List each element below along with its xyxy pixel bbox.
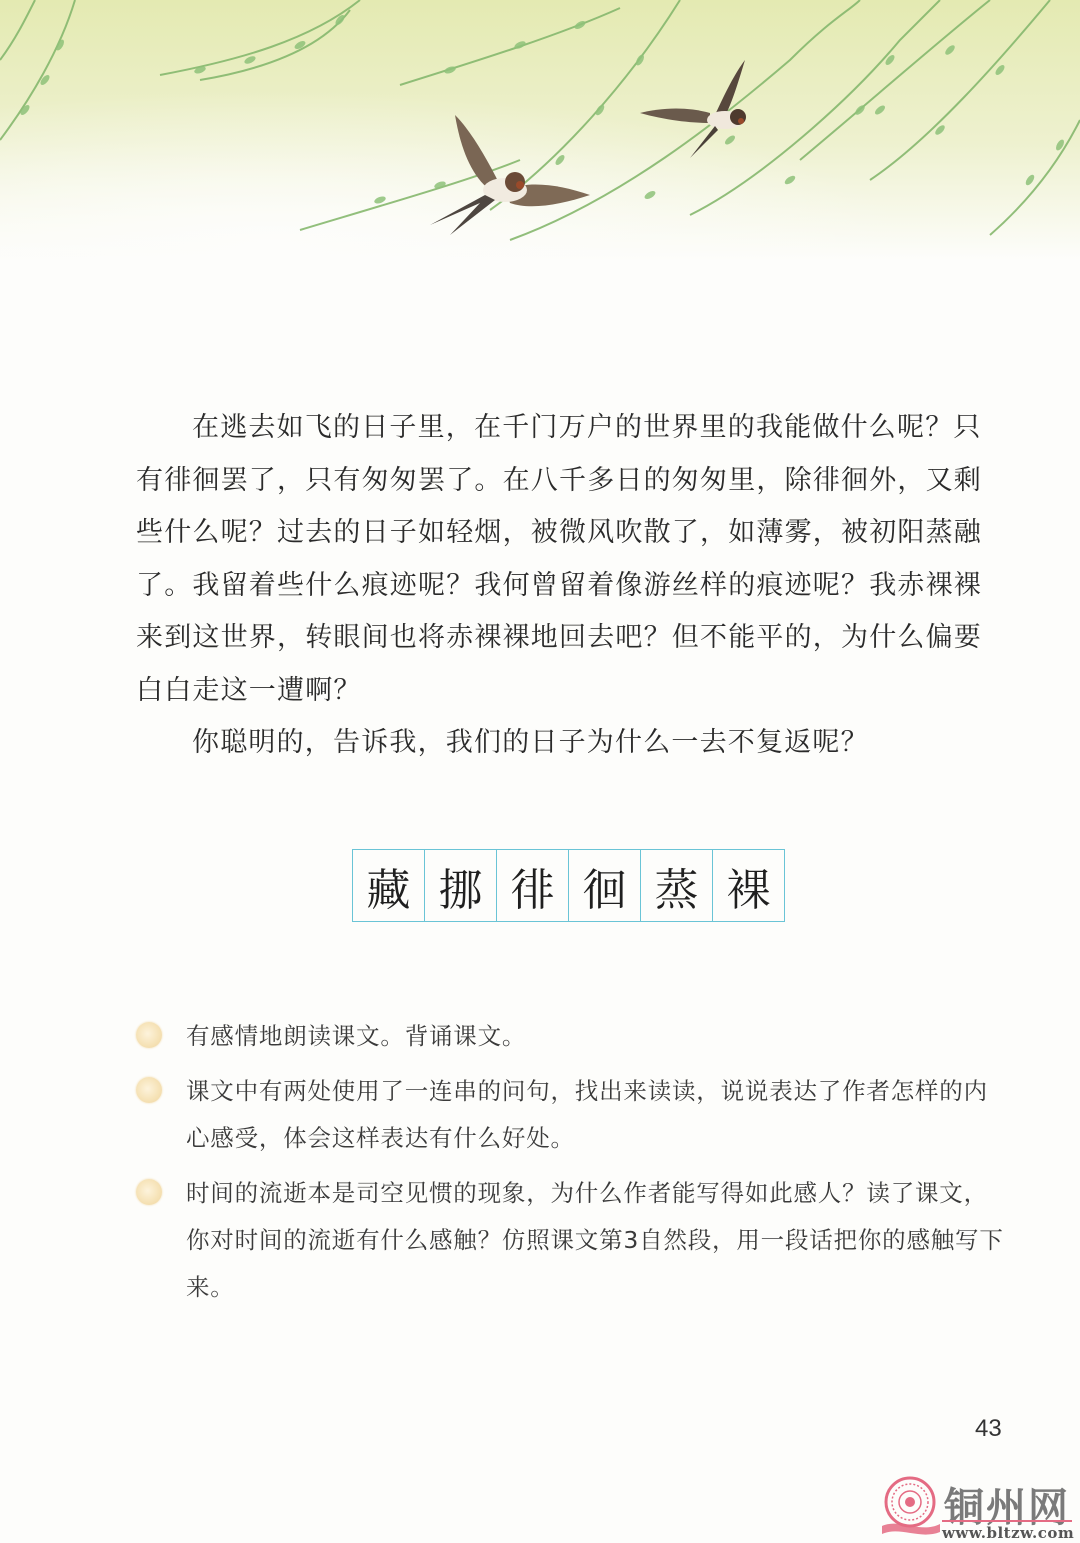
passage-paragraph: 在逃去如飞的日子里，在千门万户的世界里的我能做什么呢？只有徘徊罢了，只有匆匆罢了… — [136, 402, 1006, 717]
vocab-character: 蒸 — [641, 850, 713, 921]
vocab-character: 藏 — [353, 850, 425, 921]
exercise-text: 时间的流逝本是司空见惯的现象，为什么作者能写得如此感人？读了课文，你对时间的流逝… — [186, 1170, 1006, 1311]
exercise-text: 有感情地朗读课文。背诵课文。 — [186, 1013, 1006, 1060]
exercise-item: 课文中有两处使用了一连串的问句，找出来读读，说说表达了作者怎样的内心感受，体会这… — [136, 1068, 1016, 1162]
exercise-item: 有感情地朗读课文。背诵课文。 — [136, 1013, 1016, 1060]
circle-bullet-icon — [136, 1077, 162, 1103]
watermark-url: www.bltzw.com — [942, 1524, 1074, 1542]
exercise-list: 有感情地朗读课文。背诵课文。 课文中有两处使用了一连串的问句，找出来读读，说说表… — [136, 1013, 1016, 1319]
vocab-character: 裸 — [713, 850, 784, 921]
circle-bullet-icon — [136, 1179, 162, 1205]
watermark: 铜州网 www.bltzw.com — [880, 1474, 1080, 1543]
vocab-character: 徊 — [569, 850, 641, 921]
vocab-character: 挪 — [425, 850, 497, 921]
exercise-item: 时间的流逝本是司空见惯的现象，为什么作者能写得如此感人？读了课文，你对时间的流逝… — [136, 1170, 1016, 1311]
willow-swallows-illustration — [0, 0, 1080, 260]
vocab-character: 徘 — [497, 850, 569, 921]
vocabulary-character-grid: 藏 挪 徘 徊 蒸 裸 — [352, 849, 785, 922]
watermark-divider — [942, 1520, 1072, 1522]
passage-paragraph: 你聪明的，告诉我，我们的日子为什么一去不复返呢？ — [136, 717, 1006, 770]
exercise-text: 课文中有两处使用了一连串的问句，找出来读读，说说表达了作者怎样的内心感受，体会这… — [186, 1068, 1006, 1162]
watermark-logo-icon — [880, 1474, 940, 1540]
text-passage: 在逃去如飞的日子里，在千门万户的世界里的我能做什么呢？只有徘徊罢了，只有匆匆罢了… — [136, 402, 1006, 770]
circle-bullet-icon — [136, 1022, 162, 1048]
page-number: 43 — [975, 1415, 1002, 1443]
